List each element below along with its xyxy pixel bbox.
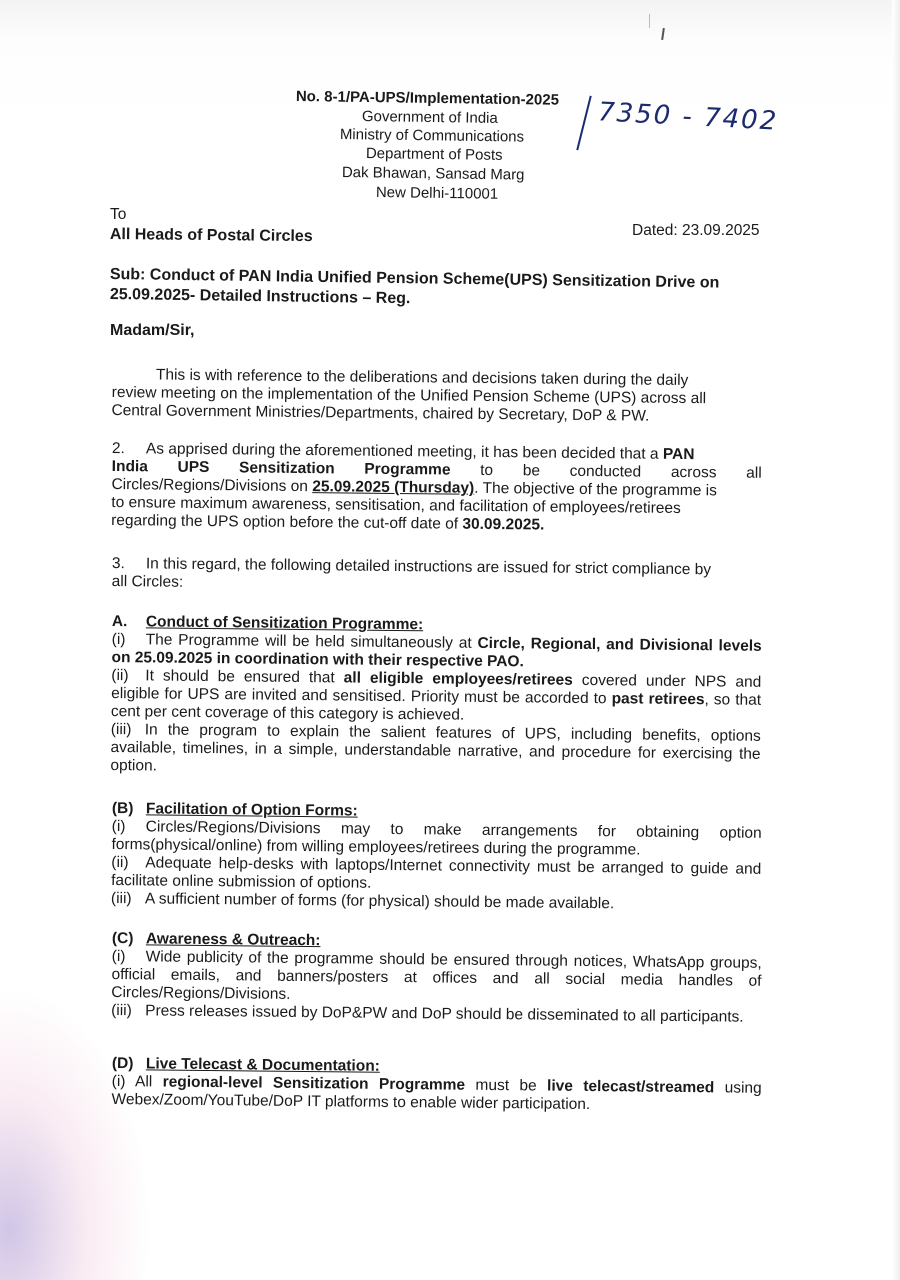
org-line-city: New Delhi-110001: [376, 184, 499, 203]
section-title: Live Telecast & Documentation:: [146, 1055, 380, 1074]
org-line-address: Dak Bhawan, Sansad Marg: [342, 164, 525, 184]
org-line-government: Government of India: [362, 108, 498, 127]
section-title: Facilitation of Option Forms:: [146, 800, 358, 819]
section-title: Conduct of Sensitization Programme:: [146, 613, 423, 633]
salutation: Madam/Sir,: [110, 322, 194, 340]
cutoff-date: 30.09.2025.: [462, 516, 544, 534]
paragraph-2: 2.As apprised during the aforementioned …: [111, 440, 762, 537]
scan-mark: [649, 14, 650, 28]
org-line-department: Department of Posts: [366, 145, 503, 164]
section-d: (D)Live Telecast & Documentation: (i) Al…: [111, 1055, 762, 1116]
paragraph-3: 3.In this regard, the following detailed…: [112, 555, 762, 598]
file-number: No. 8-1/PA-UPS/Implementation-2025: [296, 88, 559, 109]
programme-name: India UPS Sensitization Programme: [112, 458, 451, 479]
section-c: (C)Awareness & Outreach: (i)Wide publici…: [111, 930, 762, 1027]
to-label: To: [110, 206, 126, 224]
paragraph-number: 2.: [112, 440, 146, 458]
recipient: All Heads of Postal Circles: [110, 226, 313, 246]
paragraph-number: 3.: [112, 555, 146, 573]
org-line-ministry: Ministry of Communications: [340, 126, 524, 146]
dated: Dated: 23.09.2025: [632, 222, 760, 240]
section-a: A.Conduct of Sensitization Programme: (i…: [110, 613, 762, 782]
paragraph-1: This is with reference to the deliberati…: [111, 366, 762, 427]
page-edge: [892, 0, 900, 1280]
section-title: Awareness & Outreach:: [146, 930, 321, 949]
section-b: (B)Facilitation of Option Forms: (i)Circ…: [111, 800, 762, 915]
programme-date: 25.09.2025 (Thursday): [312, 478, 474, 497]
